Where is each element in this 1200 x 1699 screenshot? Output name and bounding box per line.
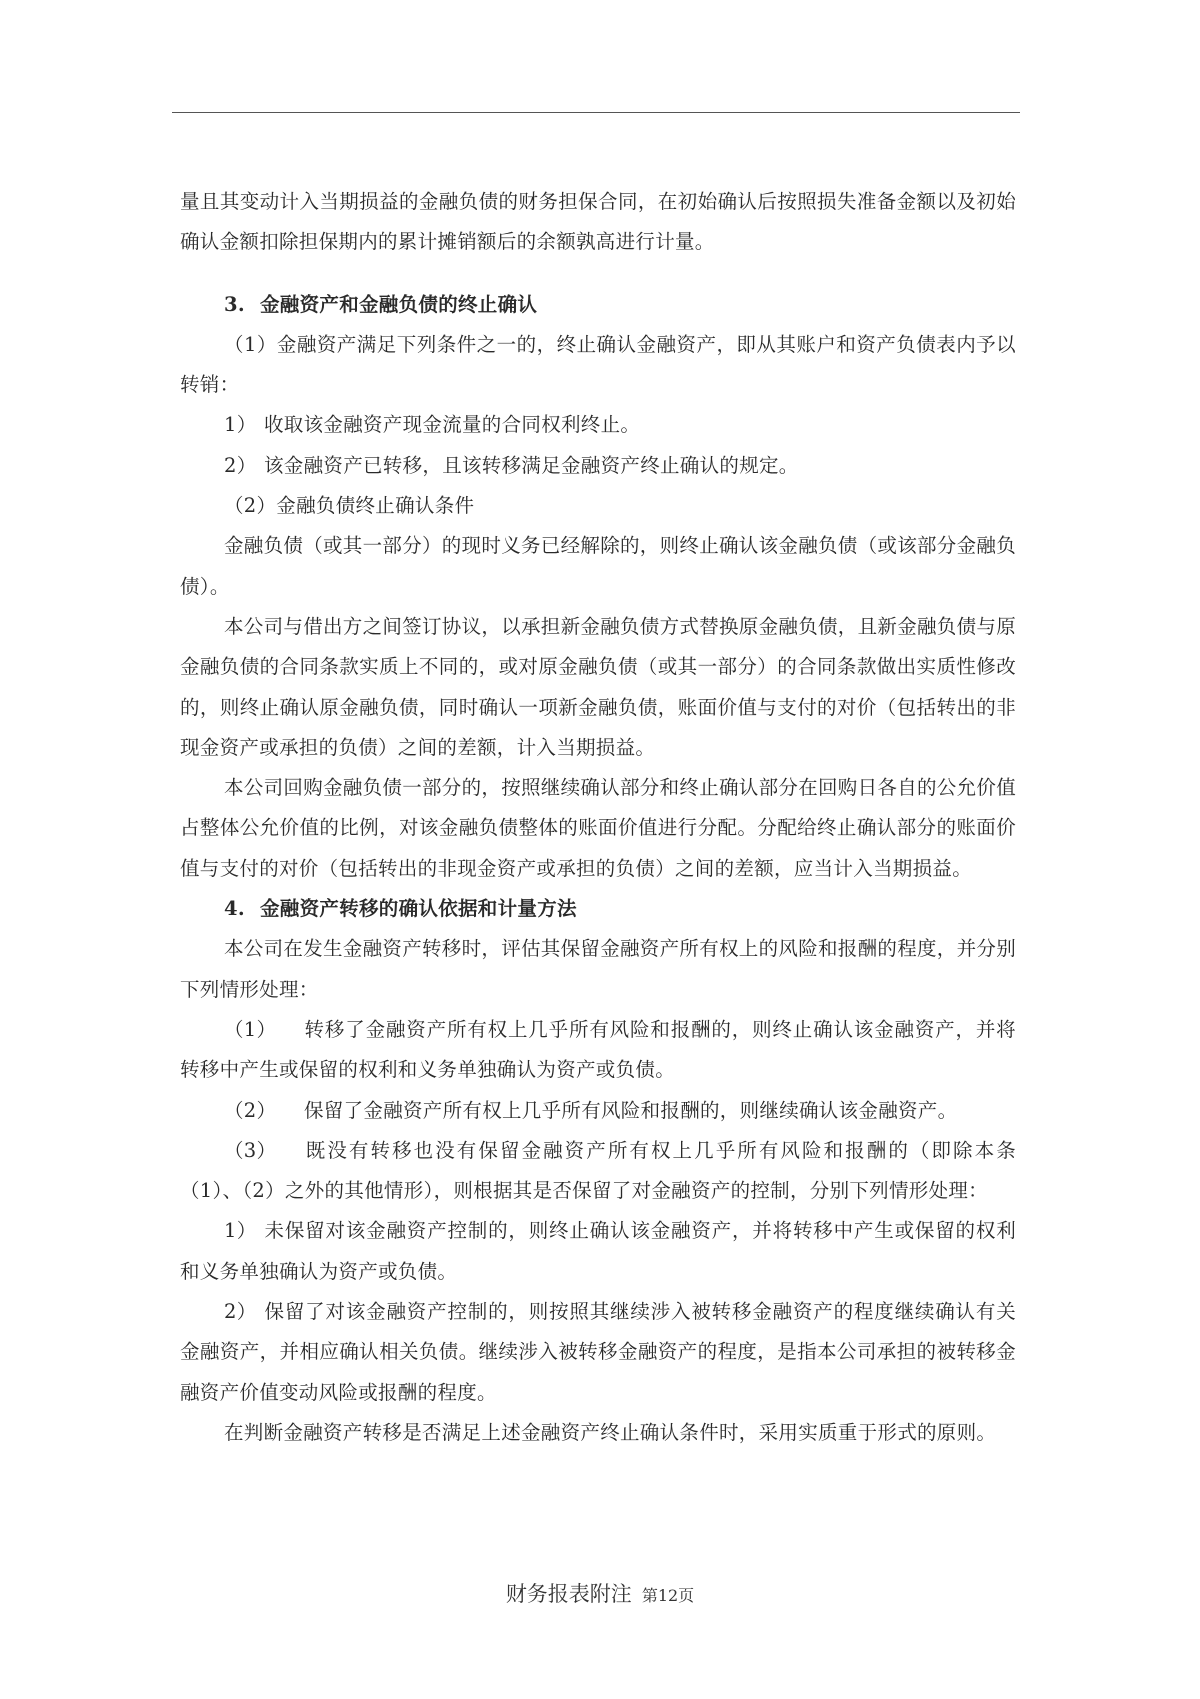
page-footer: 财务报表附注第12页 [0,1578,1200,1608]
list-text: 未保留对该金融资产控制的，则终止确认该金融资产，并将转移中产生或保留的权利和义务… [180,1219,1016,1282]
list-item: （3）既没有转移也没有保留金融资产所有权上几乎所有风险和报酬的（即除本条（1）、… [180,1131,1016,1212]
paragraph: 本公司与借出方之间签订协议，以承担新金融负债方式替换原金融负债，且新金融负债与原… [180,607,1016,768]
list-number: 2） [224,446,264,486]
paragraph: 在判断金融资产转移是否满足上述金融资产终止确认条件时，采用实质重于形式的原则。 [180,1413,1016,1453]
list-text: 保留了金融资产所有权上几乎所有风险和报酬的，则继续确认该金融资产。 [304,1099,957,1122]
list-text: 既没有转移也没有保留金融资产所有权上几乎所有风险和报酬的（即除本条（1）、（2）… [180,1139,1016,1202]
paragraph: 金融负债（或其一部分）的现时义务已经解除的，则终止确认该金融负债（或该部分金融负… [180,526,1016,607]
section-number: 4. [224,889,260,929]
list-number: 1） [224,405,264,445]
list-item: 2）该金融资产已转移，且该转移满足金融资产终止确认的规定。 [180,446,1016,486]
paragraph: （1）金融资产满足下列条件之一的，终止确认金融资产，即从其账户和资产负债表内予以… [180,325,1016,406]
section-heading-4: 4.金融资产转移的确认依据和计量方法 [180,889,1016,929]
list-number: （3） [224,1131,304,1171]
paragraph: 本公司回购金融负债一部分的，按照继续确认部分和终止确认部分在回购日各自的公允价值… [180,768,1016,889]
paragraph: 本公司在发生金融资产转移时，评估其保留金融资产所有权上的风险和报酬的程度，并分别… [180,929,1016,1010]
list-item: （2）保留了金融资产所有权上几乎所有风险和报酬的，则继续确认该金融资产。 [180,1091,1016,1131]
section-title: 金融资产和金融负债的终止确认 [260,293,537,316]
paragraph-continuation: 量且其变动计入当期损益的金融负债的财务担保合同，在初始确认后按照损失准备金额以及… [180,182,1016,263]
section-heading-3: 3.金融资产和金融负债的终止确认 [180,285,1016,325]
list-text: 转移了金融资产所有权上几乎所有风险和报酬的，则终止确认该金融资产，并将转移中产生… [180,1018,1016,1081]
list-item: （1）转移了金融资产所有权上几乎所有风险和报酬的，则终止确认该金融资产，并将转移… [180,1010,1016,1091]
list-text: 保留了对该金融资产控制的，则按照其继续涉入被转移金融资产的程度继续确认有关金融资… [180,1300,1016,1404]
header-rule [172,112,1020,113]
list-text: 该金融资产已转移，且该转移满足金融资产终止确认的规定。 [264,454,799,477]
subheading: （2）金融负债终止确认条件 [180,486,1016,526]
section-number: 3. [224,285,260,325]
list-number: 2） [224,1292,264,1332]
list-item: 1）未保留对该金融资产控制的，则终止确认该金融资产，并将转移中产生或保留的权利和… [180,1211,1016,1292]
document-body: 量且其变动计入当期损益的金融负债的财务担保合同，在初始确认后按照损失准备金额以及… [180,182,1016,1453]
section-title: 金融资产转移的确认依据和计量方法 [260,897,577,920]
list-item: 1）收取该金融资产现金流量的合同权利终止。 [180,405,1016,445]
footer-title: 财务报表附注 [506,1582,632,1606]
list-number: 1） [224,1211,264,1251]
page-number: 第12页 [642,1586,694,1605]
list-item: 2）保留了对该金融资产控制的，则按照其继续涉入被转移金融资产的程度继续确认有关金… [180,1292,1016,1413]
list-number: （2） [224,1091,304,1131]
list-text: 收取该金融资产现金流量的合同权利终止。 [264,413,640,436]
list-number: （1） [224,1010,304,1050]
